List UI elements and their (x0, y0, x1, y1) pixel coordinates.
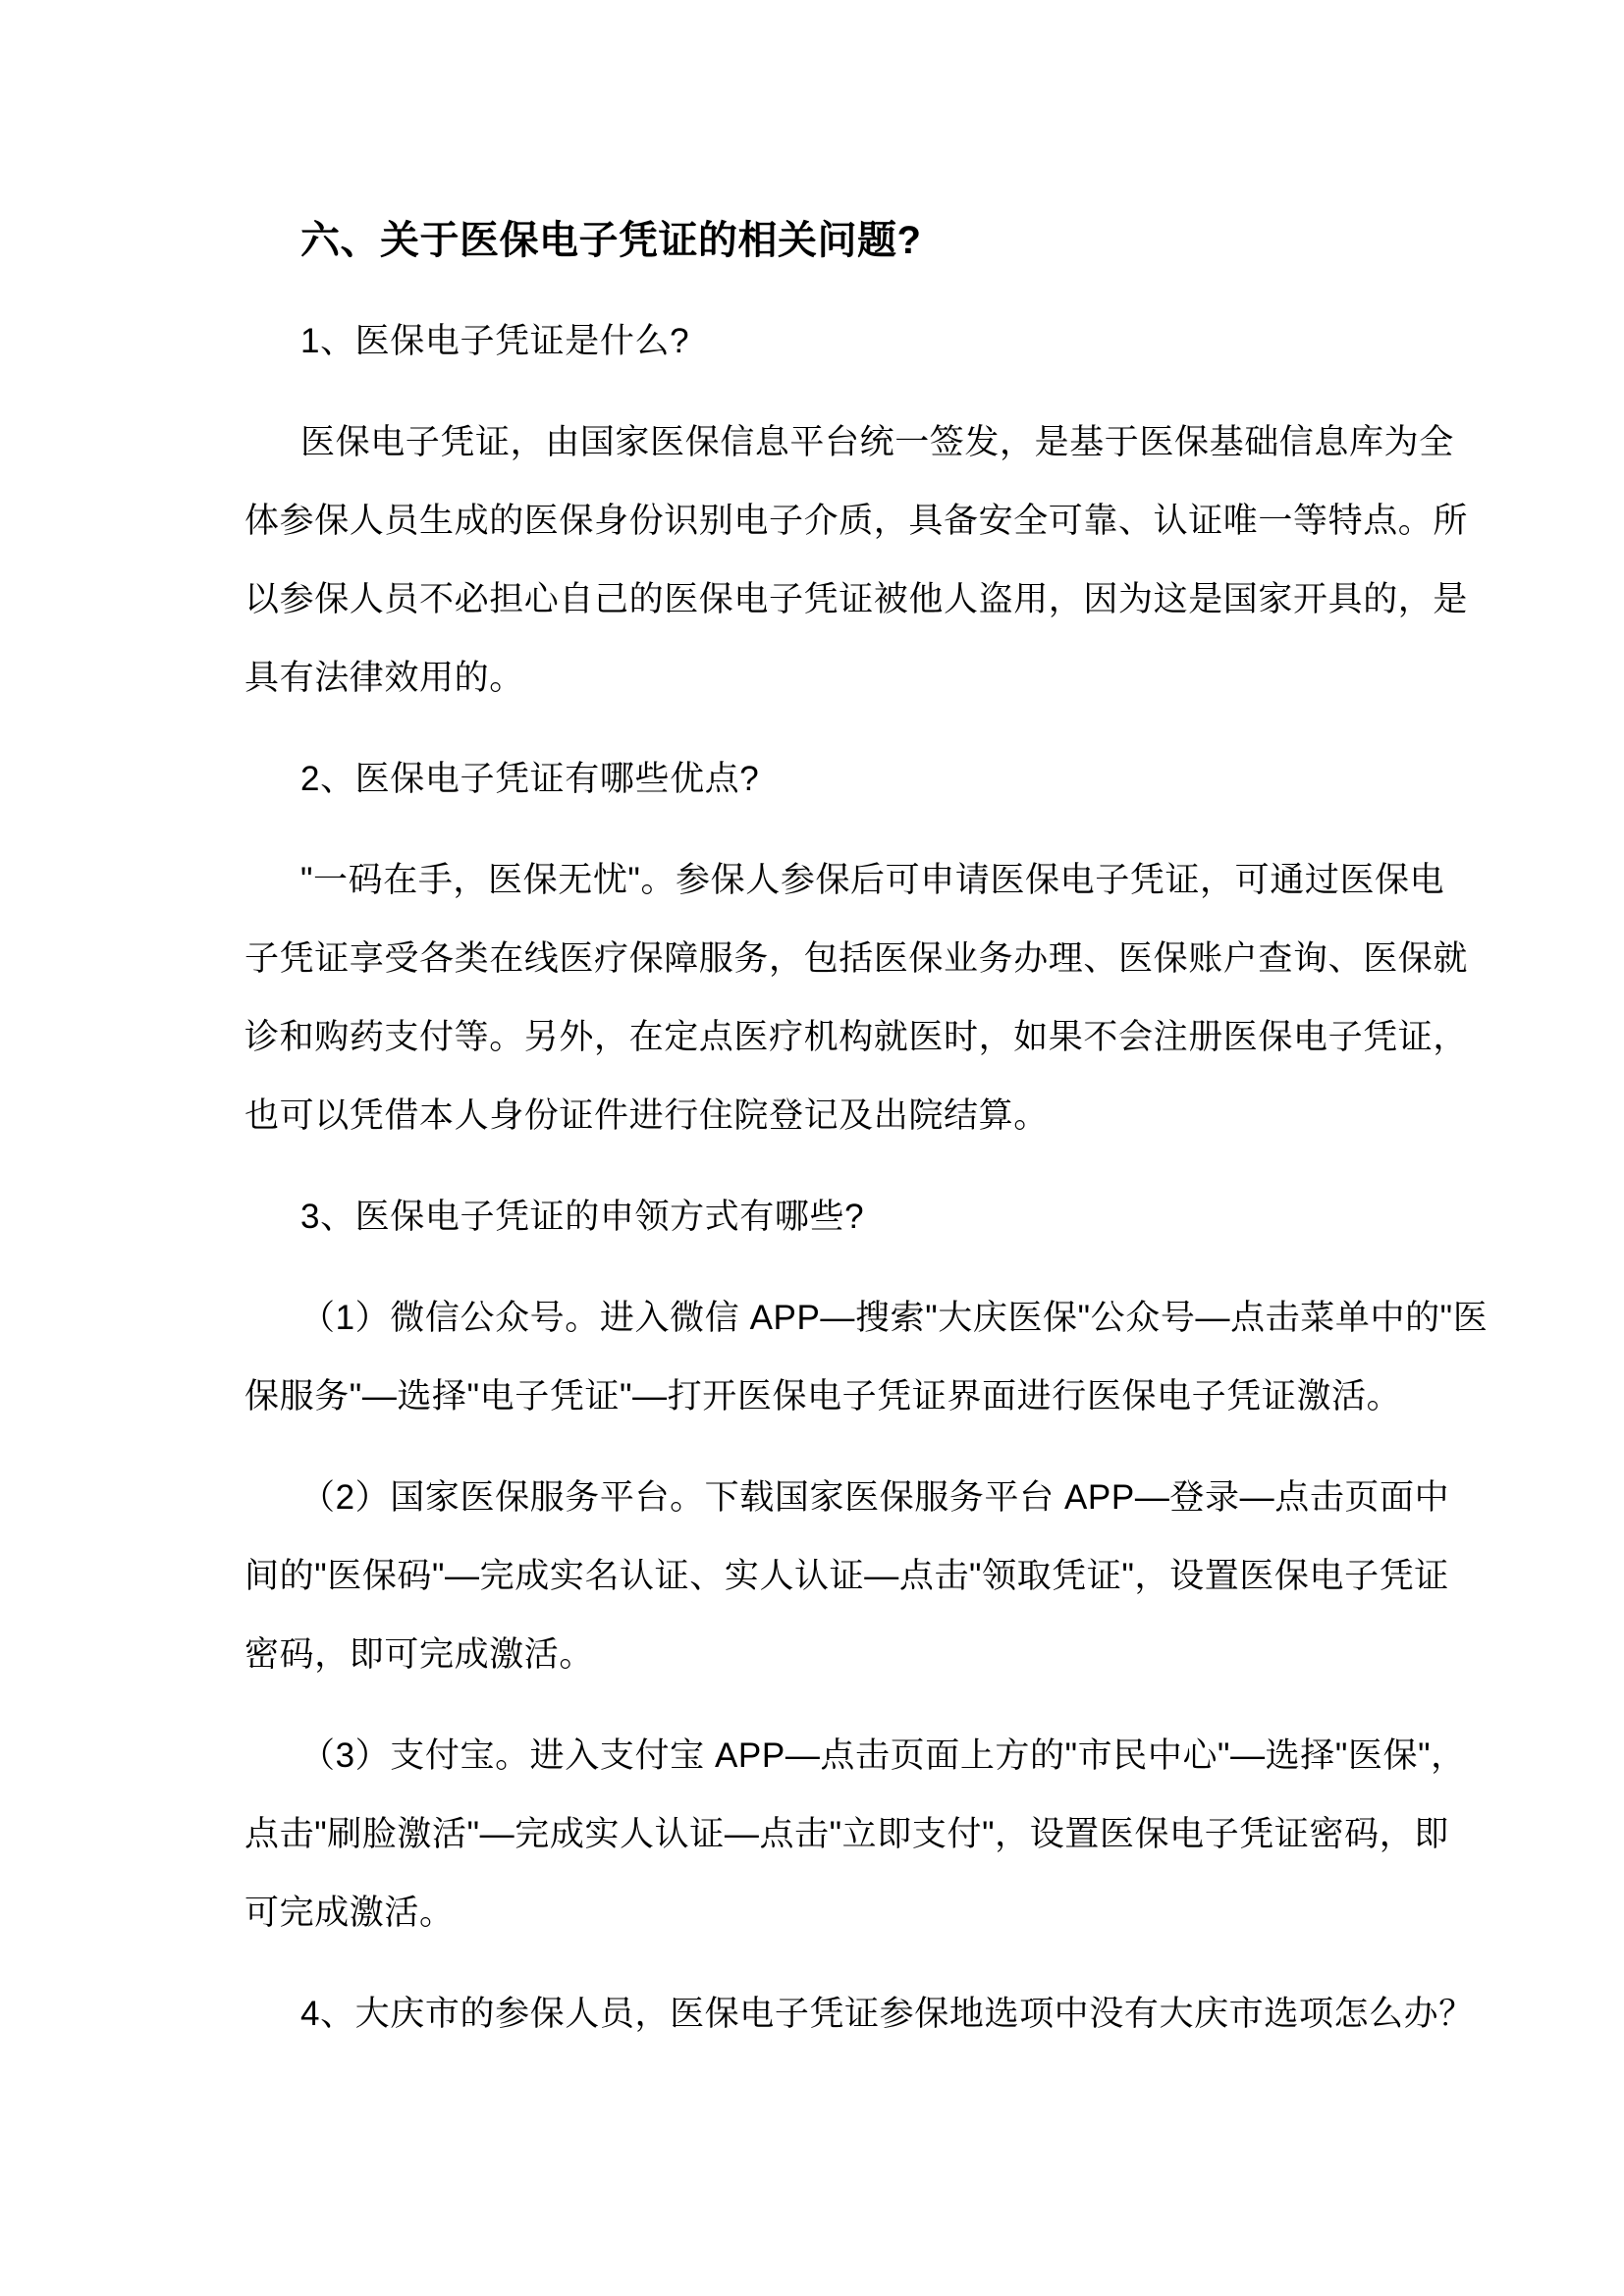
text-line: 密码，即可完成激活。 (244, 1616, 1472, 1694)
text-line: 点击"刷脸激活"—完成实人认证—点击"立即支付"，设置医保电子凭证密码，即 (244, 1795, 1472, 1874)
text-line: "一码在手，医保无忧"。参保人参保后可申请医保电子凭证，可通过医保电 (244, 841, 1472, 920)
text-line: 间的"医保码"—完成实名认证、实人认证—点击"领取凭证"，设置医保电子凭证 (244, 1537, 1472, 1616)
text-line: 医保电子凭证，由国家医保信息平台统一签发，是基于医保基础信息库为全 (244, 403, 1472, 482)
question-heading: 3、医保电子凭证的申领方式有哪些? (244, 1178, 1472, 1256)
text-line: （3）支付宝。进入支付宝 APP—点击页面上方的"市民中心"—选择"医保"， (244, 1717, 1472, 1795)
text-line: 子凭证享受各类在线医疗保障服务，包括医保业务办理、医保账户查询、医保就 (244, 920, 1472, 998)
text-line: （1）微信公众号。进入微信 APP—搜索"大庆医保"公众号—点击菜单中的"医 (244, 1279, 1472, 1358)
document-content: 六、关于医保电子凭证的相关问题?1、医保电子凭证是什么?医保电子凭证，由国家医保… (244, 201, 1472, 2076)
text-line: 以参保人员不必担心自己的医保电子凭证被他人盗用，因为这是国家开具的，是 (244, 561, 1472, 639)
paragraph: （3）支付宝。进入支付宝 APP—点击页面上方的"市民中心"—选择"医保"，点击… (244, 1717, 1472, 1952)
document-title: 六、关于医保电子凭证的相关问题? (244, 201, 1472, 280)
text-line: （2）国家医保服务平台。下载国家医保服务平台 APP—登录—点击页面中 (244, 1459, 1472, 1537)
question-heading: 1、医保电子凭证是什么? (244, 302, 1472, 381)
text-line: 也可以凭借本人身份证件进行住院登记及出院结算。 (244, 1077, 1472, 1155)
paragraph: "一码在手，医保无忧"。参保人参保后可申请医保电子凭证，可通过医保电子凭证享受各… (244, 841, 1472, 1155)
text-line: 4、大庆市的参保人员，医保电子凭证参保地选项中没有大庆市选项怎么办？ (244, 1975, 1472, 2054)
text-line: 3、医保电子凭证的申领方式有哪些? (244, 1178, 1472, 1256)
text-line: 具有法律效用的。 (244, 639, 1472, 718)
text-line: 2、医保电子凭证有哪些优点? (244, 740, 1472, 819)
text-line: 可完成激活。 (244, 1874, 1472, 1952)
question-heading: 4、大庆市的参保人员，医保电子凭证参保地选项中没有大庆市选项怎么办？ (244, 1975, 1472, 2054)
text-line: 诊和购药支付等。另外，在定点医疗机构就医时，如果不会注册医保电子凭证， (244, 998, 1472, 1077)
paragraph: 医保电子凭证，由国家医保信息平台统一签发，是基于医保基础信息库为全体参保人员生成… (244, 403, 1472, 718)
document-page: 六、关于医保电子凭证的相关问题?1、医保电子凭证是什么?医保电子凭证，由国家医保… (0, 0, 1624, 2296)
paragraph: （1）微信公众号。进入微信 APP—搜索"大庆医保"公众号—点击菜单中的"医保服… (244, 1279, 1472, 1436)
text-line: 保服务"—选择"电子凭证"—打开医保电子凭证界面进行医保电子凭证激活。 (244, 1358, 1472, 1436)
paragraph: （2）国家医保服务平台。下载国家医保服务平台 APP—登录—点击页面中间的"医保… (244, 1459, 1472, 1694)
text-line: 体参保人员生成的医保身份识别电子介质，具备安全可靠、认证唯一等特点。所 (244, 482, 1472, 561)
question-heading: 2、医保电子凭证有哪些优点? (244, 740, 1472, 819)
text-line: 1、医保电子凭证是什么? (244, 302, 1472, 381)
text-line: 六、关于医保电子凭证的相关问题? (244, 201, 1472, 280)
